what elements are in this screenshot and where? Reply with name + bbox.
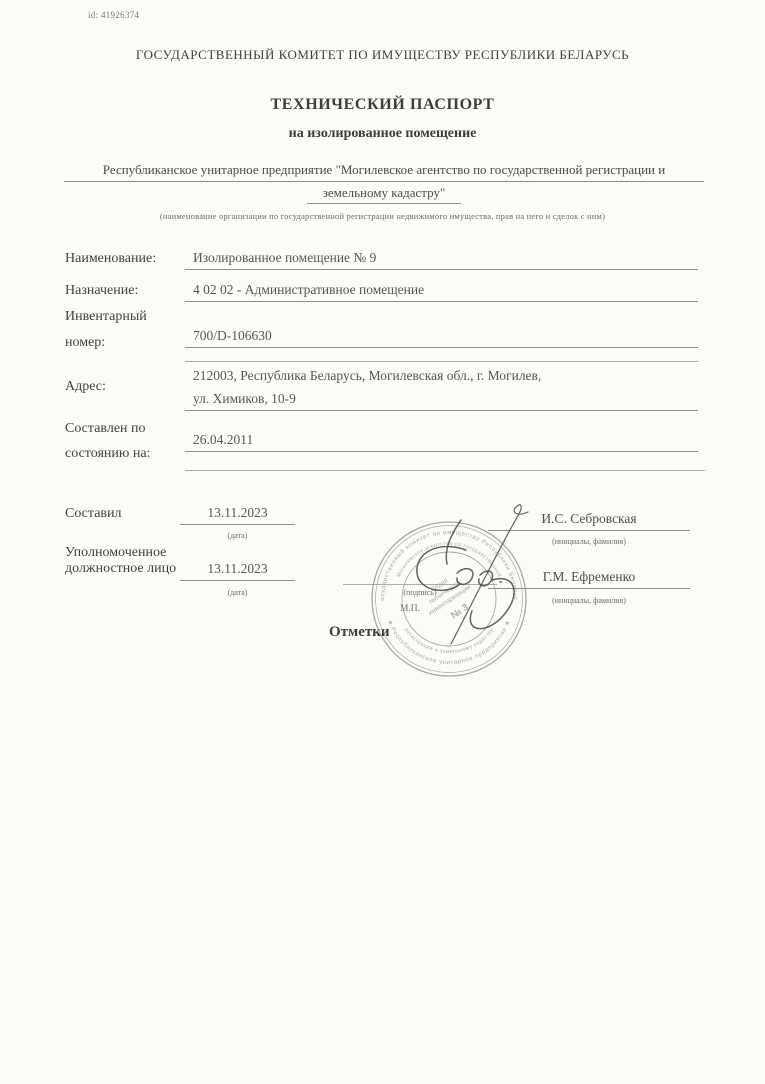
ruled-line bbox=[185, 361, 698, 362]
label-inventory-line1: Инвентарный bbox=[65, 309, 190, 325]
value-purpose: 4 02 02 - Административное помещение bbox=[185, 282, 698, 302]
marks-heading: Отметки bbox=[329, 624, 390, 641]
document-title: ТЕХНИЧЕСКИЙ ПАСПОРТ bbox=[0, 96, 765, 114]
organization-name: Республиканское унитарное предприятие "М… bbox=[64, 162, 704, 204]
ruled-line bbox=[185, 470, 705, 471]
label-address: Адрес: bbox=[65, 379, 190, 395]
value-asof: 26.04.2011 bbox=[185, 432, 698, 452]
value-inventory: 700/D-106630 bbox=[185, 328, 698, 348]
label-purpose: Назначение: bbox=[65, 283, 190, 299]
authorized-name-caption: (инициалы, фамилия) bbox=[488, 596, 690, 605]
label-asof-line1: Составлен по bbox=[65, 421, 190, 437]
authorized-name: Г.М. Ефременко bbox=[488, 569, 690, 589]
label-inventory-line2: номер: bbox=[65, 335, 190, 351]
label-authorized-line2: должностное лицо bbox=[65, 561, 176, 577]
technical-passport-document: id: 41926374 ГОСУДАРСТВЕННЫЙ КОМИТЕТ ПО … bbox=[0, 0, 765, 1084]
composed-date: 13.11.2023 bbox=[180, 505, 295, 525]
organization-caption: (наименование организации по государстве… bbox=[0, 211, 765, 221]
value-name: Изолированное помещение № 9 bbox=[185, 250, 698, 270]
signature-caption: (подпись) bbox=[345, 588, 495, 597]
stamp-center-text: Отдел технической инвентаризации № 3 bbox=[417, 568, 482, 631]
svg-text:★ Республиканское унитарное пр: ★ Республиканское унитарное предприятие … bbox=[386, 619, 512, 666]
stamp-ring-inner-bottom-text: регистрации и земельному кадастру bbox=[403, 627, 495, 655]
document-subtitle: на изолированное помещение bbox=[0, 126, 765, 142]
composed-name-caption: (инициалы, фамилия) bbox=[488, 537, 690, 546]
label-composed-by: Составил bbox=[65, 506, 122, 522]
composed-name: И.С. Себровская bbox=[488, 511, 690, 531]
value-address-line1: 212003, Республика Беларусь, Могилевская… bbox=[193, 368, 541, 384]
svg-text:регистрации и земельному кадас: регистрации и земельному кадастру bbox=[403, 627, 495, 655]
label-authorized-line1: Уполномоченное bbox=[65, 545, 166, 561]
stamp-ring-outer-bottom-text: ★ Республиканское унитарное предприятие … bbox=[386, 619, 512, 666]
label-name: Наименование: bbox=[65, 251, 190, 267]
signature-ruled-line bbox=[343, 584, 497, 585]
organization-line2: земельному кадастру" bbox=[307, 185, 462, 204]
composed-date-caption: (дата) bbox=[180, 531, 295, 540]
authorized-date-caption: (дата) bbox=[180, 588, 295, 597]
organization-line1: Республиканское унитарное предприятие "М… bbox=[64, 162, 704, 182]
seal-place-caption: М.П. bbox=[345, 604, 475, 614]
authorized-date: 13.11.2023 bbox=[180, 561, 295, 581]
committee-header: ГОСУДАРСТВЕННЫЙ КОМИТЕТ ПО ИМУЩЕСТВУ РЕС… bbox=[0, 47, 765, 63]
value-address-line2: ул. Химиков, 10-9 bbox=[185, 391, 698, 411]
stamp-inner-ring bbox=[402, 552, 496, 646]
label-asof-line2: состоянию на: bbox=[65, 446, 190, 462]
document-id: id: 41926374 bbox=[88, 10, 139, 20]
